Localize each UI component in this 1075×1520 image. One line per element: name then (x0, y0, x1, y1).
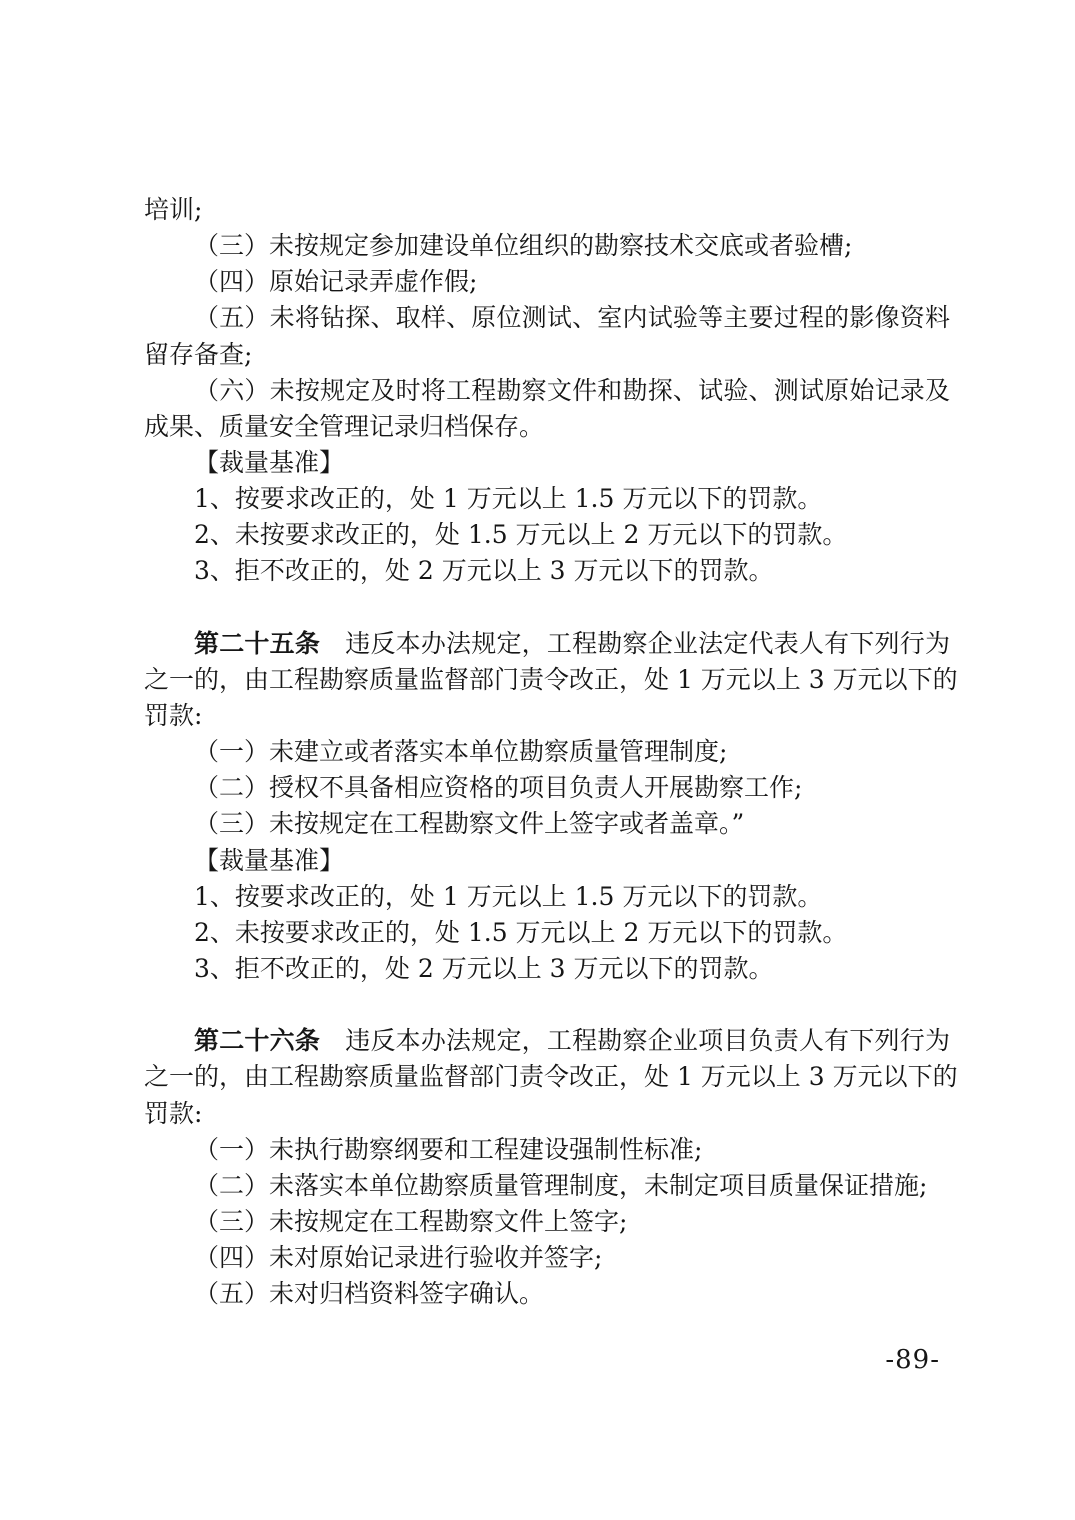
discretion-item-1: 1、按要求改正的，处 1 万元以上 1.5 万元以下的罚款。 (144, 879, 950, 915)
text-line-continuation: 留存备查; (144, 337, 950, 373)
page-number: -89- (885, 1342, 940, 1378)
article-25-number: 第二十五条 (194, 629, 320, 658)
discretion-item-2: 2、未按要求改正的，处 1.5 万元以上 2 万元以下的罚款。 (144, 915, 950, 951)
text-line-continuation: 之一的，由工程勘察质量监督部门责令改正，处 1 万元以上 3 万元以下的 (144, 662, 950, 698)
list-item-3: （三）未按规定参加建设单位组织的勘察技术交底或者验槽; (144, 228, 950, 264)
text-line-continuation: 之一的，由工程勘察质量监督部门责令改正，处 1 万元以上 3 万元以下的 (144, 1059, 950, 1095)
blank-line (144, 987, 950, 1023)
text-line-continuation: 成果、质量安全管理记录归档保存。 (144, 409, 950, 445)
text-line-continuation: 罚款: (144, 698, 950, 734)
list-item-4: （四）未对原始记录进行验收并签字; (144, 1240, 950, 1276)
blank-line (144, 590, 950, 626)
list-item-5: （五）未对归档资料签字确认。 (144, 1276, 950, 1312)
section-heading-discretion-basis: 【裁量基准】 (144, 843, 950, 879)
article-25-intro: 违反本办法规定，工程勘察企业法定代表人有下列行为 (320, 629, 950, 658)
list-item-2: （二）授权不具备相应资格的项目负责人开展勘察工作; (144, 770, 950, 806)
list-item-5: （五）未将钻探、取样、原位测试、室内试验等主要过程的影像资料 (144, 300, 950, 336)
article-25-line: 第二十五条 违反本办法规定，工程勘察企业法定代表人有下列行为 (144, 626, 950, 662)
text-line-continuation: 培训; (144, 192, 950, 228)
list-item-3: （三）未按规定在工程勘察文件上签字; (144, 1204, 950, 1240)
document-body: 培训; （三）未按规定参加建设单位组织的勘察技术交底或者验槽; （四）原始记录弄… (144, 192, 950, 1312)
list-item-4: （四）原始记录弄虚作假; (144, 264, 950, 300)
discretion-item-1: 1、按要求改正的，处 1 万元以上 1.5 万元以下的罚款。 (144, 481, 950, 517)
article-26-number: 第二十六条 (194, 1026, 320, 1055)
discretion-item-3: 3、拒不改正的，处 2 万元以上 3 万元以下的罚款。 (144, 553, 950, 589)
article-26-intro: 违反本办法规定，工程勘察企业项目负责人有下列行为 (320, 1026, 950, 1055)
document-page: 培训; （三）未按规定参加建设单位组织的勘察技术交底或者验槽; （四）原始记录弄… (0, 0, 1075, 1520)
list-item-1: （一）未建立或者落实本单位勘察质量管理制度; (144, 734, 950, 770)
discretion-item-3: 3、拒不改正的，处 2 万元以上 3 万元以下的罚款。 (144, 951, 950, 987)
list-item-2: （二）未落实本单位勘察质量管理制度，未制定项目质量保证措施; (144, 1168, 950, 1204)
discretion-item-2: 2、未按要求改正的，处 1.5 万元以上 2 万元以下的罚款。 (144, 517, 950, 553)
article-26-line: 第二十六条 违反本办法规定，工程勘察企业项目负责人有下列行为 (144, 1023, 950, 1059)
section-heading-discretion-basis: 【裁量基准】 (144, 445, 950, 481)
text-line-continuation: 罚款: (144, 1096, 950, 1132)
list-item-6: （六）未按规定及时将工程勘察文件和勘探、试验、测试原始记录及 (144, 373, 950, 409)
list-item-3: （三）未按规定在工程勘察文件上签字或者盖章。” (144, 806, 950, 842)
list-item-1: （一）未执行勘察纲要和工程建设强制性标准; (144, 1132, 950, 1168)
